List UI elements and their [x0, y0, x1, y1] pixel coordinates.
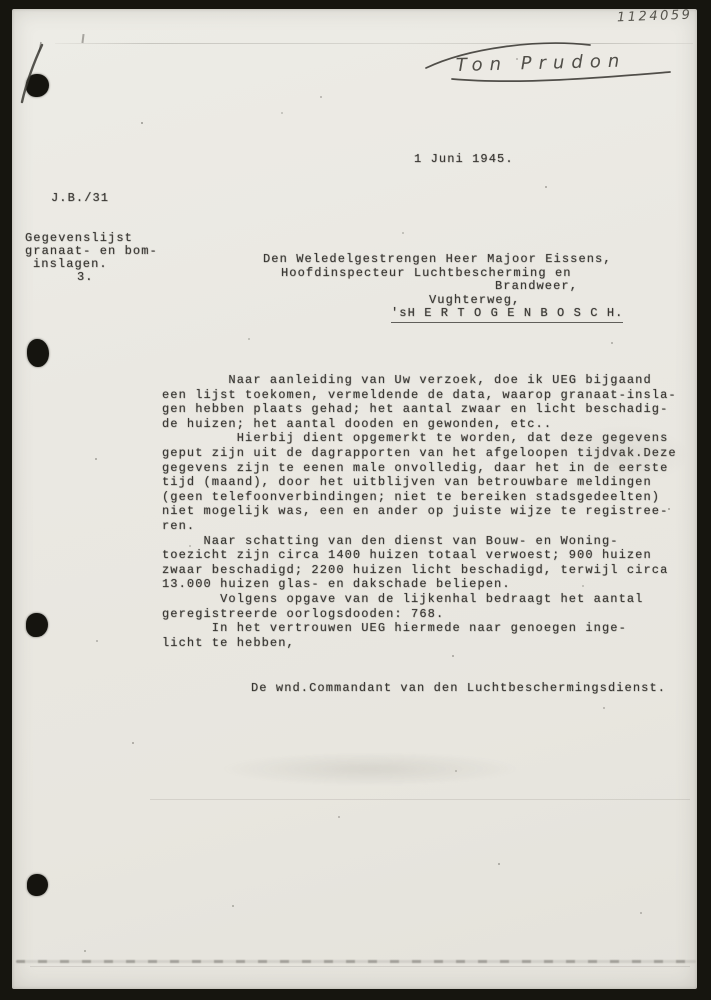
- scanned-letter-page: { "document": { "archive_number": "11240…: [0, 0, 711, 1000]
- signature-name-text: Ton Prudon: [456, 51, 627, 76]
- handwritten-signature: Ton Prudon: [420, 34, 685, 84]
- paper-speckle-noise: [0, 0, 2, 2]
- handwritten-archive-number: 1124059: [617, 8, 693, 26]
- letter-body: Naar aanleiding van Uw verzoek, doe ik U…: [162, 373, 677, 650]
- margin-note-line-4: 3.: [77, 270, 94, 285]
- recipient-line-3: Brandweer,: [495, 279, 578, 294]
- punch-hole-2: [27, 339, 49, 367]
- margin-note-line-3: inslagen.: [33, 257, 108, 272]
- recipient-city: 'sH E R T O G E N B O S C H.: [391, 306, 623, 323]
- recipient-line-1: Den Weledelgestrengen Heer Majoor Eissen…: [263, 252, 612, 267]
- letter-reference: J.B./31: [51, 191, 109, 206]
- letter-date: 1 Juni 1945.: [414, 152, 514, 167]
- handwritten-slash-mark: [14, 40, 54, 108]
- letter-closing: De wnd.Commandant van den Luchtbeschermi…: [251, 681, 666, 696]
